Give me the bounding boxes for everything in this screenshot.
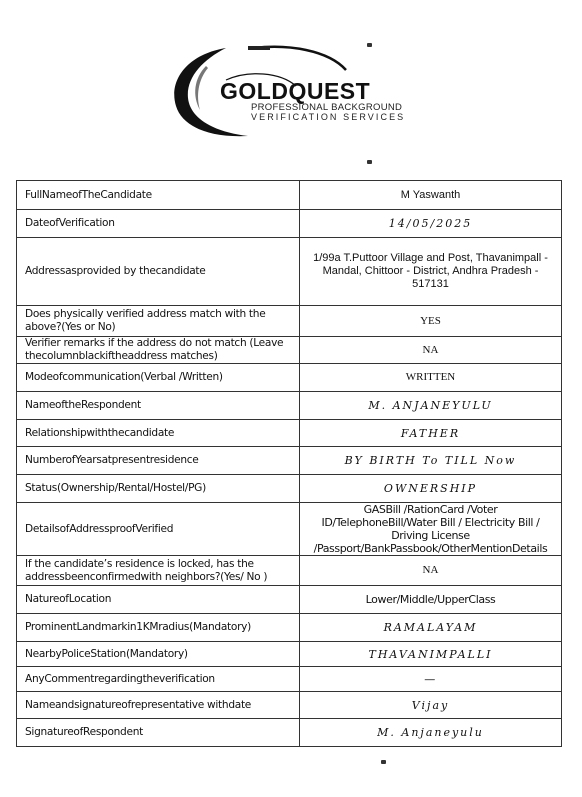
form-row: NearbyPoliceStation(Mandatory)THAVANIMPA…	[17, 642, 562, 667]
scan-speck	[367, 160, 372, 164]
field-label: If the candidate’s residence is locked, …	[17, 556, 300, 586]
form-row: SignatureofRespondentM. Anjaneyulu	[17, 719, 562, 747]
field-label: FullNameofTheCandidate	[17, 181, 300, 210]
form-row: RelationshipwiththecandidateFATHER	[17, 420, 562, 447]
field-value: M. ANJANEYULU	[300, 392, 562, 420]
field-value: OWNERSHIP	[300, 475, 562, 503]
field-label: DetailsofAddressproofVerified	[17, 503, 300, 556]
field-value: 14/05/2025	[300, 210, 562, 238]
field-label: AnyCommentregardingtheverification	[17, 667, 300, 692]
form-row: Addressasprovided by thecandidate1/99a T…	[17, 238, 562, 306]
field-value: THAVANIMPALLI	[300, 642, 562, 667]
scan-speck	[381, 760, 386, 764]
goldquest-logo: GOLDQUEST PROFESSIONAL BACKGROUND VERIFI…	[168, 40, 418, 140]
form-row: Verifier remarks if the address do not m…	[17, 337, 562, 364]
field-label: Nameandsignatureofrepresentative withdat…	[17, 692, 300, 719]
form-row: ProminentLandmarkin1KMradius(Mandatory)R…	[17, 614, 562, 642]
field-value: FATHER	[300, 420, 562, 447]
field-value: WRITTEN	[300, 364, 562, 392]
field-value: NA	[300, 556, 562, 586]
field-label: Relationshipwiththecandidate	[17, 420, 300, 447]
field-value: 1/99a T.Puttoor Village and Post, Thavan…	[300, 238, 562, 306]
field-value: RAMALAYAM	[300, 614, 562, 642]
brand-name: GOLDQUEST	[220, 78, 370, 105]
field-label: Verifier remarks if the address do not m…	[17, 337, 300, 364]
form-row: NumberofYearsatpresentresidenceBY BIRTH …	[17, 447, 562, 475]
form-row: Status(Ownership/Rental/Hostel/PG)OWNERS…	[17, 475, 562, 503]
field-value: Vijay	[300, 692, 562, 719]
field-value: YES	[300, 306, 562, 337]
field-label: NumberofYearsatpresentresidence	[17, 447, 300, 475]
field-value: BY BIRTH To TILL Now	[300, 447, 562, 475]
form-row: NatureofLocationLower/Middle/UpperClass	[17, 586, 562, 614]
field-label: ProminentLandmarkin1KMradius(Mandatory)	[17, 614, 300, 642]
field-label: NatureofLocation	[17, 586, 300, 614]
field-label: NearbyPoliceStation(Mandatory)	[17, 642, 300, 667]
scan-speck	[367, 43, 372, 47]
field-value: Lower/Middle/UpperClass	[300, 586, 562, 614]
form-row: Does physically verified address match w…	[17, 306, 562, 337]
form-row: If the candidate’s residence is locked, …	[17, 556, 562, 586]
form-row: FullNameofTheCandidateM Yaswanth	[17, 181, 562, 210]
field-value: NA	[300, 337, 562, 364]
form-row: Nameandsignatureofrepresentative withdat…	[17, 692, 562, 719]
field-label: SignatureofRespondent	[17, 719, 300, 747]
brand-tagline-2: VERIFICATION SERVICES	[251, 112, 405, 122]
field-value: M. Anjaneyulu	[300, 719, 562, 747]
field-label: NameoftheRespondent	[17, 392, 300, 420]
form-row: AnyCommentregardingtheverification—	[17, 667, 562, 692]
field-label: Does physically verified address match w…	[17, 306, 300, 337]
field-label: DateofVerification	[17, 210, 300, 238]
field-label: Modeofcommunication(Verbal /Written)	[17, 364, 300, 392]
field-value: M Yaswanth	[300, 181, 562, 210]
form-row: DateofVerification14/05/2025	[17, 210, 562, 238]
field-value: —	[300, 667, 562, 692]
verification-form-table: FullNameofTheCandidateM YaswanthDateofVe…	[16, 180, 562, 747]
field-label: Status(Ownership/Rental/Hostel/PG)	[17, 475, 300, 503]
form-row: Modeofcommunication(Verbal /Written)WRIT…	[17, 364, 562, 392]
field-value: GASBill /RationCard /Voter ID/TelephoneB…	[300, 503, 562, 556]
form-row: DetailsofAddressproofVerifiedGASBill /Ra…	[17, 503, 562, 556]
form-row: NameoftheRespondentM. ANJANEYULU	[17, 392, 562, 420]
field-label: Addressasprovided by thecandidate	[17, 238, 300, 306]
